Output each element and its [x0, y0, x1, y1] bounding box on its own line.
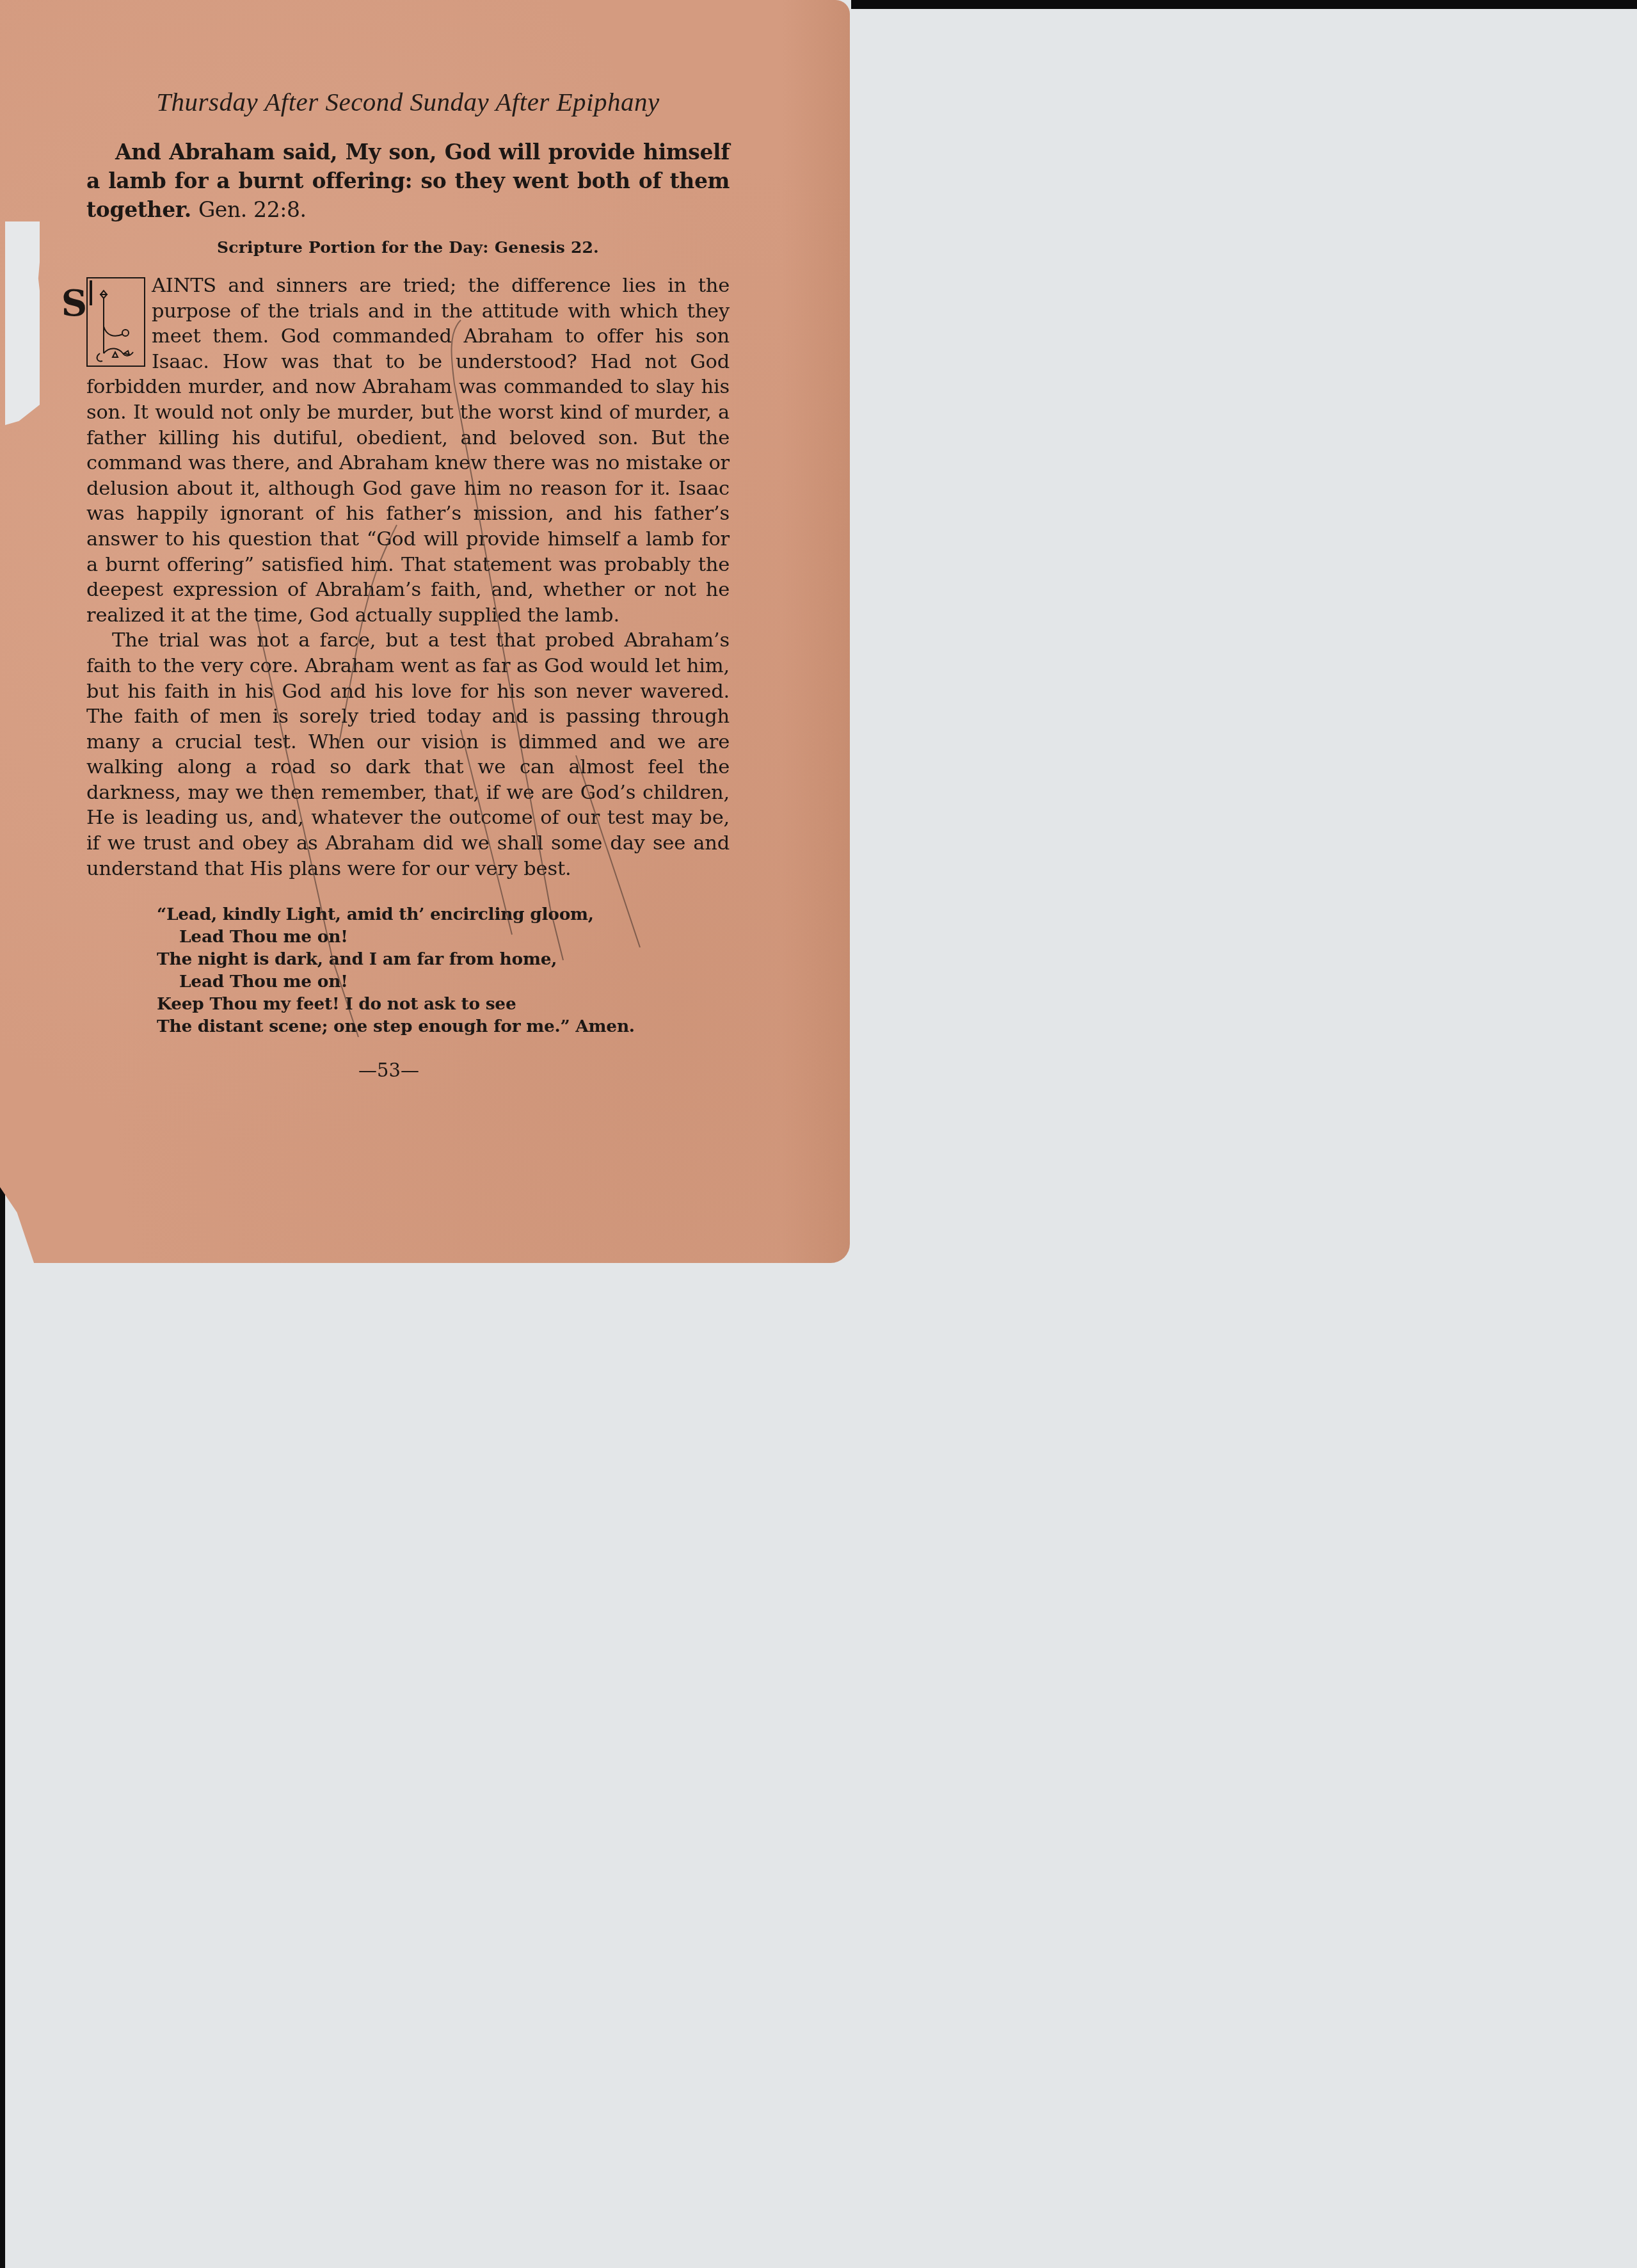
floral-ornament-icon: [91, 282, 143, 365]
body-paragraph-2: The trial was not a farce, but a test th…: [86, 628, 730, 881]
drop-cap: S: [86, 277, 145, 367]
verse-reference: Gen. 22:8.: [198, 197, 307, 222]
drop-cap-letter: S: [61, 286, 87, 321]
torn-page-notch: [5, 221, 40, 425]
page-number: —53—: [86, 1059, 730, 1081]
running-head: Thursday After Second Sunday After Epiph…: [86, 86, 730, 117]
hymn-quote: “Lead, kindly Light, amid th’ encircling…: [157, 903, 730, 1038]
page-content: Thursday After Second Sunday After Epiph…: [86, 86, 730, 1081]
hymn-line: Lead Thou me on!: [157, 926, 730, 948]
hymn-line: Keep Thou my feet! I do not ask to see: [157, 993, 730, 1015]
drop-cap-frame: S: [90, 280, 92, 305]
hymn-line: The distant scene; one step enough for m…: [157, 1015, 730, 1038]
hymn-line: Lead Thou me on!: [157, 970, 730, 993]
scanner-edge-top: [851, 0, 1637, 9]
verse-of-the-day: And Abraham said, My son, God will provi…: [86, 138, 730, 224]
scripture-portion: Scripture Portion for the Day: Genesis 2…: [86, 238, 730, 257]
body-paragraph-1: S AINTS and sinners are tried; the diffe…: [86, 273, 730, 628]
verse-text: And Abraham said, My son, God will provi…: [86, 140, 730, 222]
hymn-line: The night is dark, and I am far from hom…: [157, 948, 730, 970]
paragraph-text: AINTS and sinners are tried; the differe…: [86, 275, 730, 627]
book-page: Thursday After Second Sunday After Epiph…: [0, 0, 850, 1263]
hymn-line: “Lead, kindly Light, amid th’ encircling…: [157, 903, 730, 926]
